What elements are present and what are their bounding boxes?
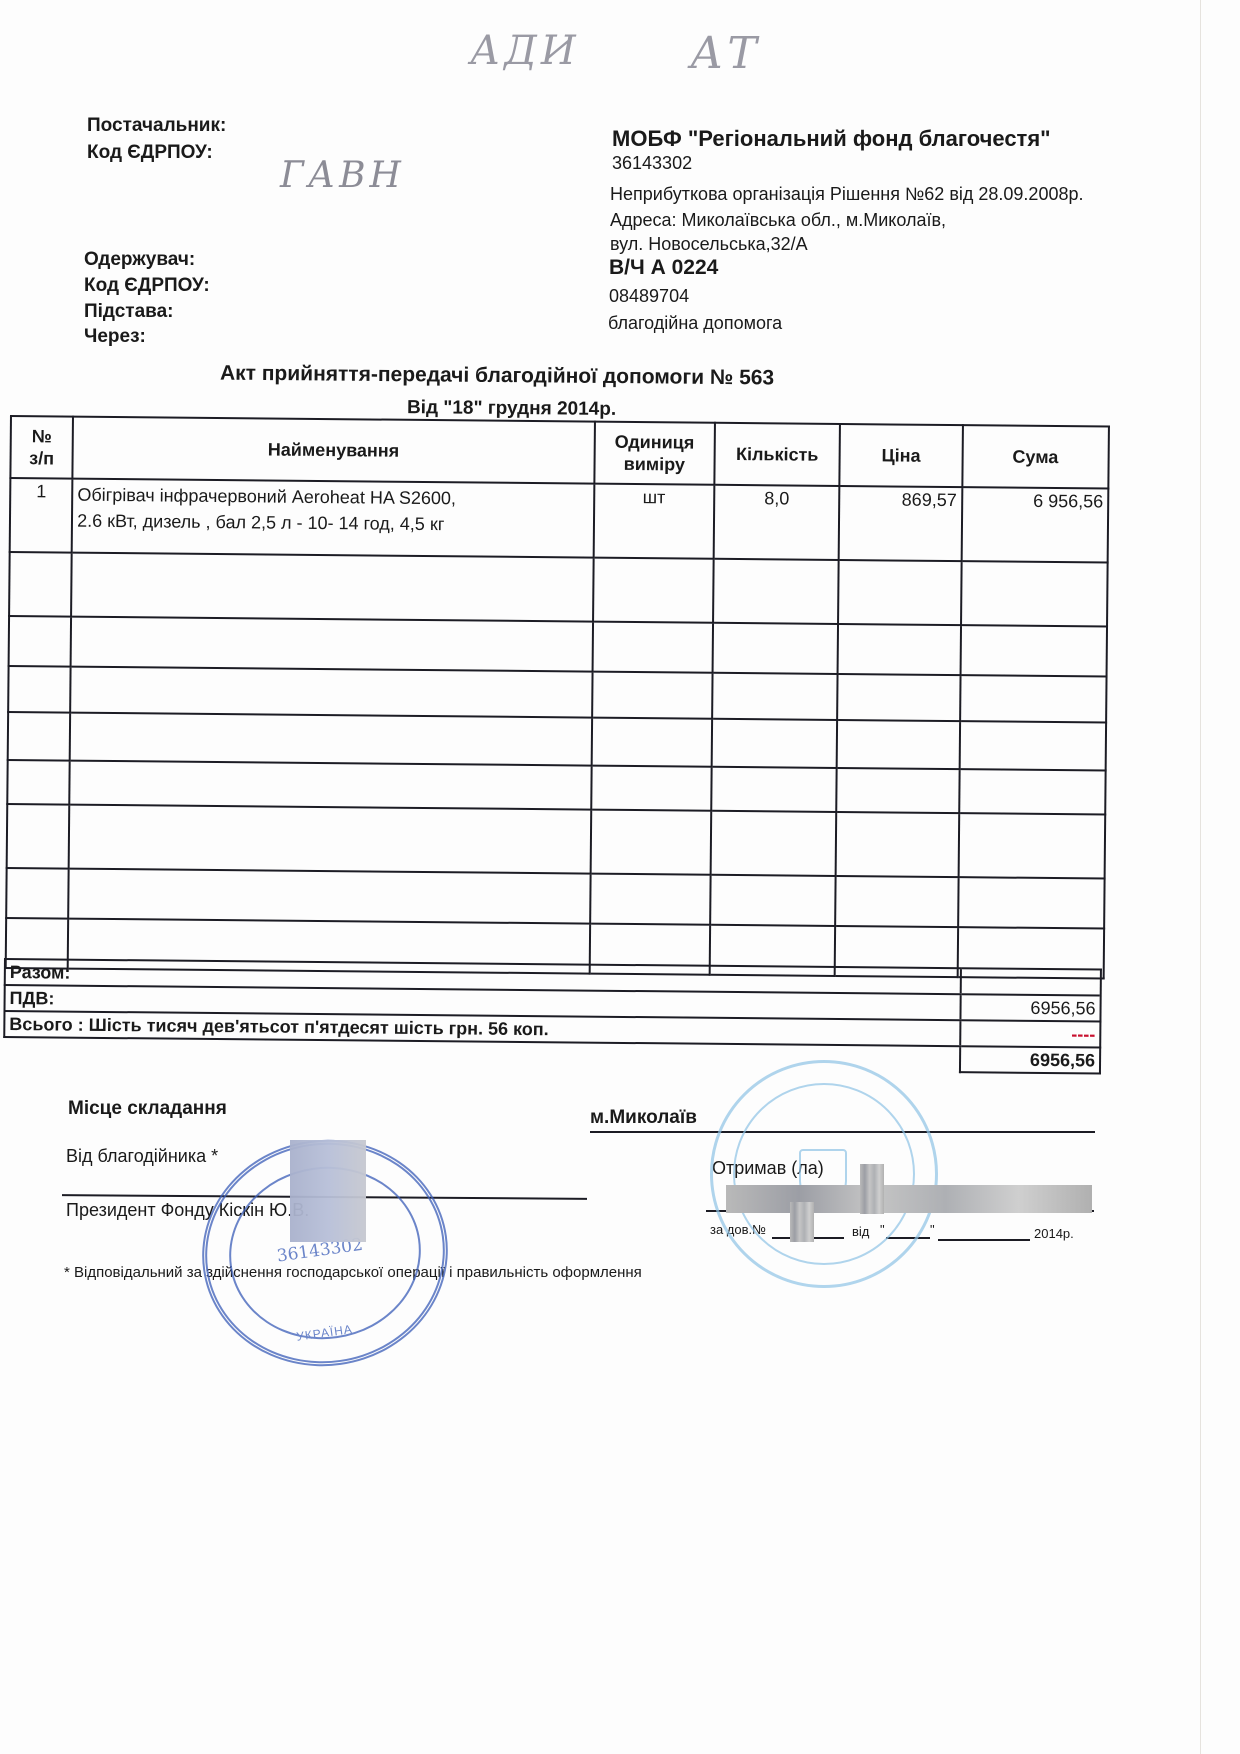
empty-cell (592, 622, 713, 673)
redacted-recipient-signature (726, 1185, 1092, 1213)
supplier-address-line2: вул. Новосельська,32/А (610, 231, 808, 257)
cell-price: 869,57 (839, 486, 962, 561)
empty-cell (836, 768, 959, 813)
supplier-code: 36143302 (612, 150, 692, 176)
empty-cell (7, 804, 70, 869)
col-header-unit: Одиницявиміру (594, 422, 715, 485)
empty-cell (835, 876, 958, 927)
empty-cell (711, 811, 837, 876)
vat-dash: ---- (1071, 1024, 1095, 1044)
document-date: Від "18" грудня 2014р. (407, 397, 616, 421)
supplier-name: МОБФ "Регіональний фонд благочестя" (612, 126, 1051, 152)
empty-cell (838, 624, 961, 675)
empty-cell (838, 560, 961, 625)
handwritten-note-left: АДИ (470, 28, 580, 74)
redacted-proxy-number (790, 1202, 814, 1242)
table-row: 1 Обігрівач інфрачервоний Aeroheat HA S2… (10, 478, 1109, 563)
col-header-name: Найменування (73, 417, 595, 484)
col-header-price: Ціна (840, 424, 963, 487)
empty-cell (8, 712, 71, 761)
empty-cell (68, 869, 590, 924)
col-header-num: №з/п (10, 416, 73, 479)
place-label: Місце складання (68, 1096, 227, 1122)
empty-cell (590, 874, 711, 925)
item-name-line2: 2.6 кВт, дизель , бал 2,5 л - 10- 14 год… (77, 508, 589, 539)
table-header-row: №з/п Найменування Одиницявиміру Кількіст… (10, 416, 1109, 489)
redacted-recipient-mark (860, 1164, 884, 1214)
empty-cell (712, 623, 838, 674)
handwritten-supplier-note: ГАВН (280, 155, 405, 196)
cell-name: Обігрівач інфрачервоний Aeroheat HA S260… (72, 479, 594, 558)
empty-cell (6, 868, 69, 919)
via-label: Через: (84, 324, 146, 350)
recipient-code-label: Код ЄДРПОУ: (84, 273, 210, 299)
empty-cell (69, 805, 591, 874)
empty-cell (592, 672, 713, 719)
empty-cell (959, 769, 1106, 814)
supplier-label: Постачальник: (87, 113, 226, 139)
subtotal-value: 6956,56 (960, 994, 1100, 1021)
empty-cell (959, 721, 1106, 770)
empty-cell (70, 713, 592, 766)
redacted-donor-signature (290, 1140, 366, 1242)
empty-cell (960, 675, 1107, 722)
table-row-empty (7, 804, 1106, 879)
document-title: Акт прийняття-передачі благодійної допом… (220, 362, 774, 391)
empty-cell (9, 616, 72, 667)
empty-cell (712, 719, 838, 768)
handwritten-note-right: АТ (690, 28, 761, 79)
proxy-quote-close: " (930, 1222, 935, 1237)
col-header-qty: Кількість (714, 423, 840, 486)
cell-unit: шт (593, 484, 714, 559)
recipient-label: Одержувач: (84, 247, 195, 273)
empty-cell (958, 877, 1105, 928)
recipient-name: В/Ч А 0224 (609, 256, 718, 280)
table-row-empty (9, 552, 1108, 627)
supplier-code-label: Код ЄДРПОУ: (87, 140, 213, 166)
from-donor-label: Від благодійника * (66, 1146, 218, 1167)
empty-cell (71, 553, 593, 622)
empty-cell (591, 718, 712, 767)
empty-cell (961, 561, 1108, 626)
recipient-code: 08489704 (609, 283, 689, 309)
subtotal-spacer (961, 968, 1101, 995)
empty-cell (836, 812, 959, 877)
empty-cell (590, 810, 711, 875)
cell-qty: 8,0 (714, 485, 840, 560)
empty-cell (70, 667, 592, 718)
empty-cell (9, 552, 72, 617)
items-table: №з/п Найменування Одиницявиміру Кількіст… (5, 415, 1110, 980)
basis-label: Підстава: (84, 299, 174, 325)
col-header-sum: Сума (962, 425, 1109, 488)
empty-cell (711, 767, 837, 812)
empty-cell (69, 761, 591, 810)
cell-num: 1 (10, 478, 73, 553)
empty-cell (837, 674, 960, 721)
empty-cell (593, 558, 714, 623)
cell-sum: 6 956,56 (961, 487, 1108, 562)
totals-block: Разом: ПДВ: 6956,56 Всього : Шість тисяч… (3, 958, 1102, 1075)
total-value: 6956,56 (960, 1046, 1100, 1073)
empty-cell (960, 625, 1107, 676)
empty-cell (837, 720, 960, 769)
paper-edge (1200, 0, 1201, 1754)
basis-value: благодійна допомога (608, 310, 782, 336)
supplier-status: Неприбуткова організація Рішення №62 від… (610, 181, 1083, 207)
empty-cell (8, 666, 71, 713)
vat-value: ---- (960, 1020, 1100, 1047)
empty-cell (710, 875, 836, 926)
recipient-stamp (710, 1060, 938, 1288)
supplier-address-line1: Адреса: Миколаївська обл., м.Миколаїв, (610, 207, 946, 233)
empty-cell (71, 617, 593, 672)
empty-cell (712, 673, 838, 720)
empty-cell (958, 813, 1105, 878)
empty-cell (713, 559, 839, 624)
proxy-month-line (938, 1239, 1030, 1241)
empty-cell (591, 766, 712, 811)
proxy-year: 2014р. (1034, 1226, 1074, 1241)
empty-cell (7, 760, 70, 805)
